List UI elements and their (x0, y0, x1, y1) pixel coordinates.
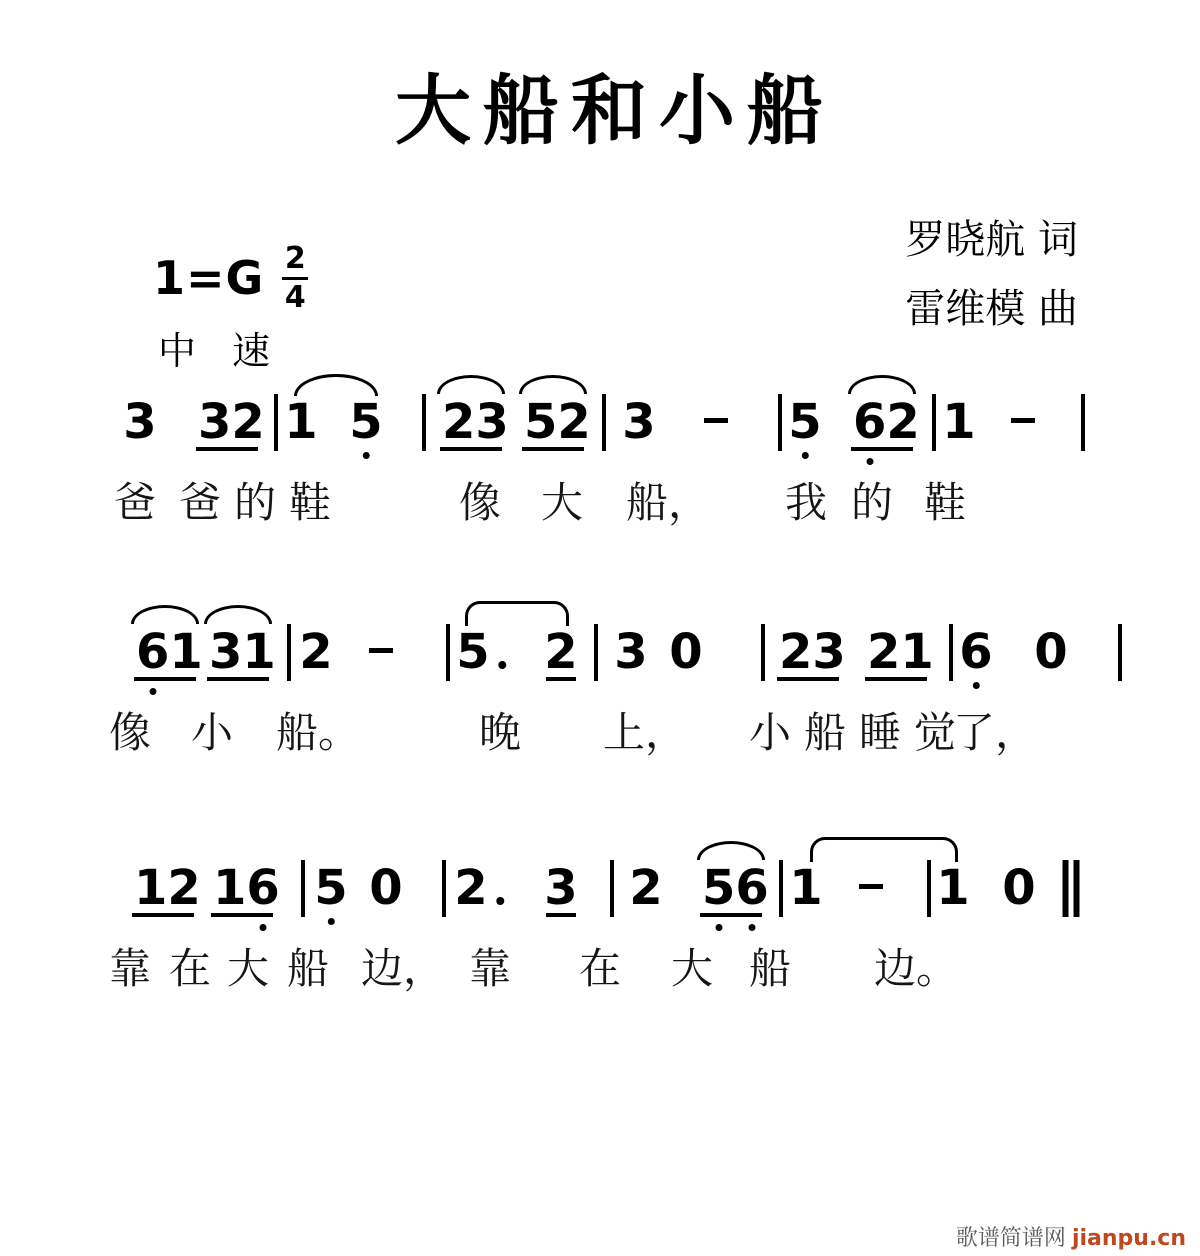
lyric-syllable: 爸 (179, 478, 221, 528)
lyric-syllable: 爸 (114, 478, 156, 528)
watermark-site-name: 歌谱简谱网 (956, 1226, 1066, 1251)
lyric-syllable: 在 (169, 944, 211, 994)
music-system-2: 613125230232160 像小船。晚上，小船睡觉了， (0, 602, 1200, 792)
lyric-syllable: 船 (287, 944, 329, 994)
lyric-syllable: 我 (785, 478, 827, 528)
key-signature: 1=G 2 4 (153, 250, 308, 315)
lyric-syllable: 大 (541, 478, 583, 528)
lyric-syllable: 小 (749, 708, 791, 758)
lyric-syllable: 睡 (859, 708, 901, 758)
lyric-syllable: 边。 (874, 944, 958, 994)
song-title: 大船和小船 (0, 50, 1200, 159)
music-system-3: 12165023256110 靠在大船边，靠在大船边。 (0, 838, 1200, 1028)
lyric-syllable: 的 (851, 478, 893, 528)
lyric-syllable: 鞋 (924, 478, 966, 528)
time-signature-numerator: 2 (285, 242, 306, 276)
lyric-syllable: 像 (109, 708, 151, 758)
composer-credit: 雷维模 曲 (905, 275, 1078, 344)
lyric-syllable: 觉 (914, 708, 956, 758)
lyric-syllable: 了， (953, 708, 1037, 758)
music-system-1: 33215235235621 爸爸的鞋像大船，我的鞋 (0, 372, 1200, 562)
lyrics-row: 像小船。晚上，小船睡觉了， (0, 602, 1200, 792)
lyric-syllable: 上， (603, 708, 687, 758)
lyric-syllable: 小 (191, 708, 233, 758)
lyrics-row: 靠在大船边，靠在大船边。 (0, 838, 1200, 1028)
key-label: 1=G (153, 250, 264, 306)
lyric-syllable: 船， (626, 478, 710, 528)
watermark-site-url: jianpu.cn (1072, 1226, 1186, 1251)
lyric-syllable: 晚 (479, 708, 521, 758)
lyric-syllable: 的 (234, 478, 276, 528)
watermark: 歌谱简谱网jianpu.cn (956, 1221, 1186, 1252)
lyric-syllable: 像 (459, 478, 501, 528)
time-signature: 2 4 (282, 242, 308, 315)
time-signature-denominator: 4 (285, 281, 306, 315)
lyricist-credit: 罗晓航 词 (905, 206, 1078, 275)
lyric-syllable: 船 (749, 944, 791, 994)
lyric-syllable: 靠 (109, 944, 151, 994)
lyric-syllable: 船。 (276, 708, 360, 758)
tempo-marking: 中速 (158, 320, 306, 375)
lyric-syllable: 靠 (469, 944, 511, 994)
lyric-syllable: 在 (579, 944, 621, 994)
credits: 罗晓航 词 雷维模 曲 (905, 206, 1078, 344)
sheet-music-page: 大船和小船 罗晓航 词 雷维模 曲 1=G 2 4 中速 33215235235… (0, 0, 1200, 1256)
lyric-syllable: 船 (804, 708, 846, 758)
lyric-syllable: 边， (361, 944, 445, 994)
lyric-syllable: 鞋 (289, 478, 331, 528)
lyric-syllable: 大 (671, 944, 713, 994)
lyric-syllable: 大 (227, 944, 269, 994)
lyrics-row: 爸爸的鞋像大船，我的鞋 (0, 372, 1200, 562)
